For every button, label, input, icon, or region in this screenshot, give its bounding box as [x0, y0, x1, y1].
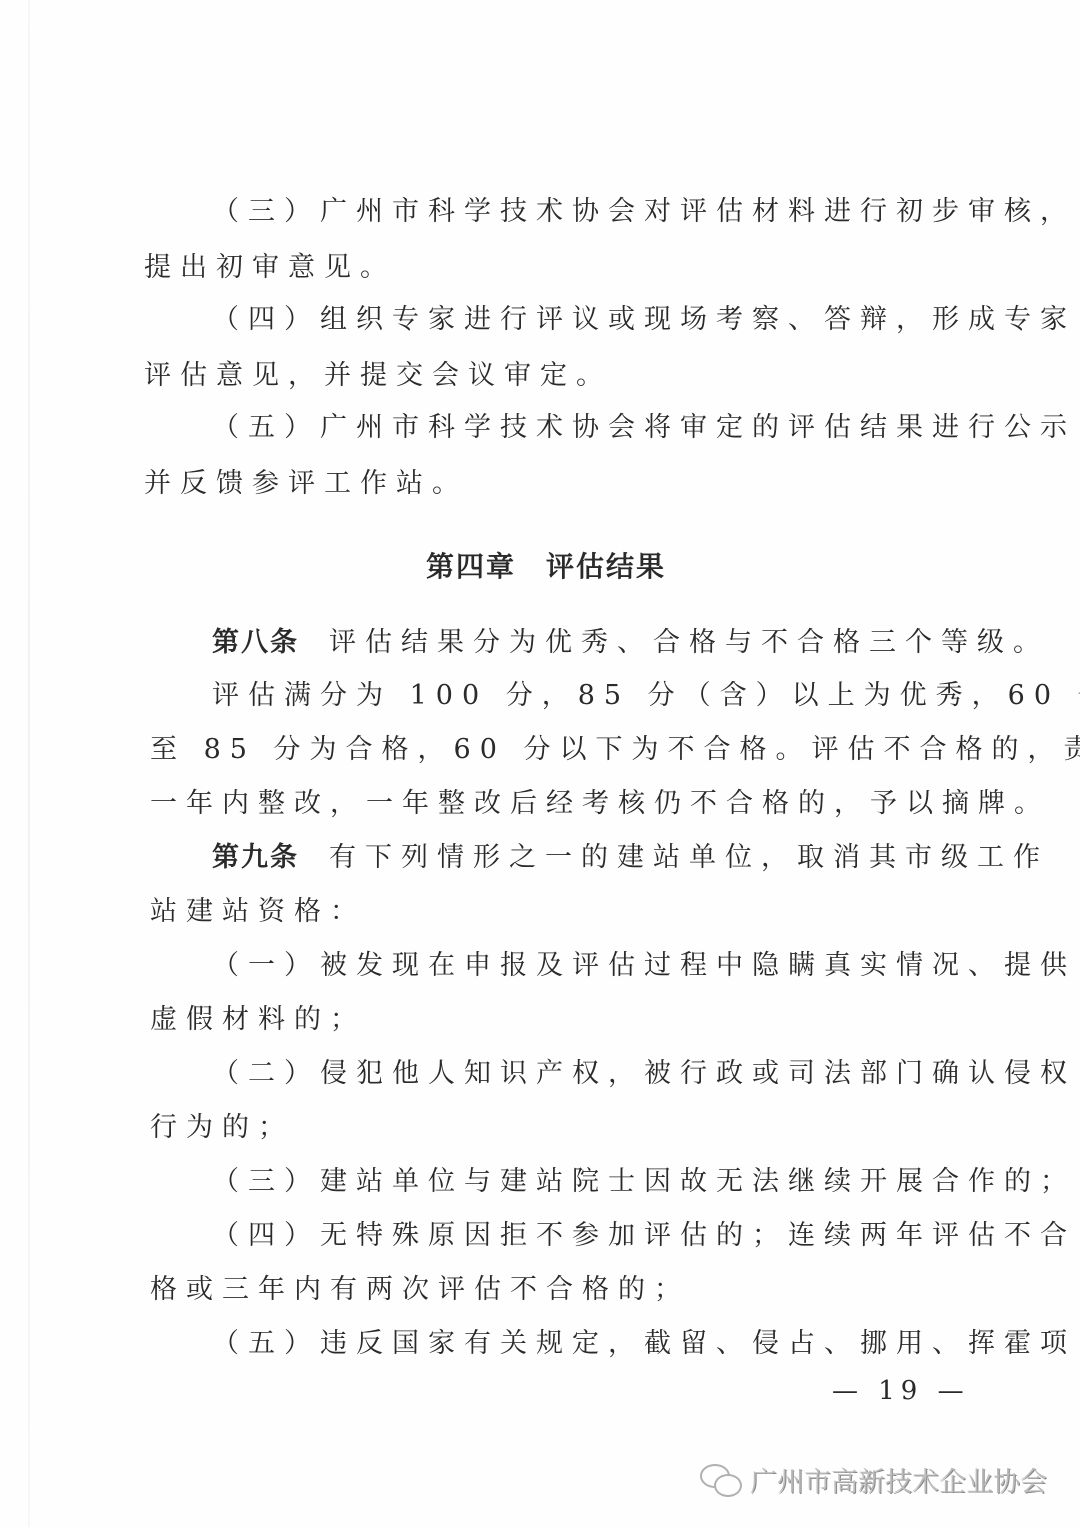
- text-line: 评估意见，并提交会议审定。: [144, 359, 612, 393]
- text-line: （二）侵犯他人知识产权，被行政或司法部门确认侵权: [212, 1057, 1076, 1091]
- text-line: 并反馈参评工作站。: [144, 467, 468, 501]
- article-9: 第九条有下列情形之一的建站单位，取消其市级工作: [212, 841, 1049, 875]
- text-line: （一）被发现在申报及评估过程中隐瞒真实情况、提供: [212, 949, 1076, 983]
- watermark-text: 广州市高新技术企业协会: [750, 1460, 1047, 1499]
- watermark: 广州市高新技术企业协会: [700, 1460, 1047, 1499]
- text-line: （五）违反国家有关规定，截留、侵占、挪用、挥霍项: [212, 1327, 1076, 1361]
- text-line: 格或三年内有两次评估不合格的；: [150, 1273, 690, 1307]
- text-line: 虚假材料的；: [150, 1003, 366, 1037]
- article-9-label: 第九条: [212, 842, 299, 873]
- text-line: 至 85 分为合格，60 分以下为不合格。评估不合格的，责成: [150, 733, 1080, 767]
- article-9-text: 有下列情形之一的建站单位，取消其市级工作: [329, 842, 1049, 873]
- page-number: — 19 —: [832, 1376, 970, 1406]
- text-line: 评估满分为 100 分，85 分（含）以上为优秀，60 分（含）: [212, 679, 1080, 713]
- document-page: （三）广州市科学技术协会对评估材料进行初步审核，提出初审意见。（四）组织专家进行…: [0, 0, 1080, 1527]
- text-line: （五）广州市科学技术协会将审定的评估结果进行公示: [212, 411, 1076, 445]
- text-line: （三）广州市科学技术协会对评估材料进行初步审核，: [212, 195, 1076, 229]
- article-8-text: 评估结果分为优秀、合格与不合格三个等级。: [329, 627, 1049, 658]
- article-8-label: 第八条: [212, 627, 299, 658]
- text-line: 一年内整改，一年整改后经考核仍不合格的，予以摘牌。: [150, 787, 1050, 821]
- text-line: 站建站资格：: [150, 895, 366, 929]
- text-line: （四）无特殊原因拒不参加评估的；连续两年评估不合: [212, 1219, 1076, 1253]
- wechat-icon: [700, 1462, 742, 1498]
- text-line: （三）建站单位与建站院士因故无法继续开展合作的；: [212, 1165, 1076, 1199]
- page-fold-shadow: [28, 0, 30, 1527]
- article-8: 第八条评估结果分为优秀、合格与不合格三个等级。: [212, 626, 1049, 660]
- text-line: 提出初审意见。: [144, 251, 396, 285]
- text-line: （四）组织专家进行评议或现场考察、答辩，形成专家: [212, 303, 1076, 337]
- text-line: 行为的；: [150, 1111, 294, 1145]
- chapter-heading: 第四章 评估结果: [426, 545, 666, 585]
